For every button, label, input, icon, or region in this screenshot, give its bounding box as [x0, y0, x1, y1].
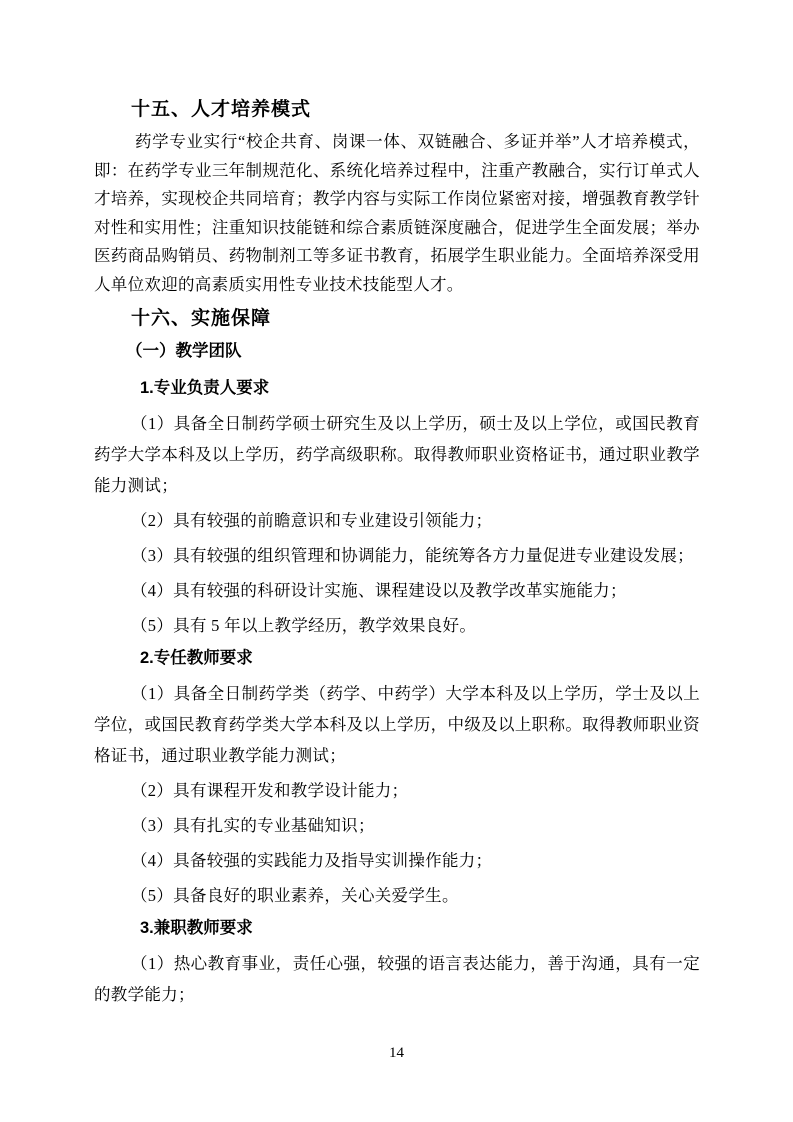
part-time-teacher-requirements-heading: 3.兼职教师要求: [94, 915, 700, 941]
team-leader-item-1: （1）具备全日制药学硕士研究生及以上学历，硕士及以上学位，或国民教育药学大学本科…: [94, 408, 700, 501]
team-leader-item-5: （5）具有 5 年以上教学经历，教学效果良好。: [94, 610, 700, 641]
page-number: 14: [0, 1043, 793, 1063]
team-leader-requirements-heading: 1.专业负责人要求: [94, 375, 700, 401]
section-16-heading: 十六、实施保障: [94, 306, 700, 332]
team-leader-item-2: （2）具有较强的前瞻意识和专业建设引领能力；: [94, 505, 700, 536]
team-leader-item-4: （4）具有较强的科研设计实施、课程建设以及教学改革实施能力；: [94, 575, 700, 606]
full-time-teacher-item-4: （4）具备较强的实践能力及指导实训操作能力；: [94, 845, 700, 876]
part-time-teacher-item-1: （1）热心教育事业，责任心强，较强的语言表达能力，善于沟通，具有一定的教学能力；: [94, 948, 700, 1010]
full-time-teacher-item-2: （2）具有课程开发和教学设计能力；: [94, 775, 700, 806]
teaching-team-subheading: （一）教学团队: [94, 338, 700, 364]
section-15-paragraph: 药学专业实行“校企共育、岗课一体、双链融合、多证并举”人才培养模式，即：在药学专…: [94, 128, 700, 299]
document-page: 十五、人才培养模式 药学专业实行“校企共育、岗课一体、双链融合、多证并举”人才培…: [0, 0, 793, 1122]
full-time-teacher-item-1: （1）具备全日制药学类（药学、中药学）大学本科及以上学历，学士及以上学位，或国民…: [94, 678, 700, 771]
team-leader-item-3: （3）具有较强的组织管理和协调能力，能统筹各方力量促进专业建设发展；: [94, 540, 700, 571]
full-time-teacher-item-5: （5）具备良好的职业素养，关心关爱学生。: [94, 880, 700, 911]
full-time-teacher-item-3: （3）具有扎实的专业基础知识；: [94, 810, 700, 841]
section-15-heading: 十五、人才培养模式: [94, 97, 700, 123]
full-time-teacher-requirements-heading: 2.专任教师要求: [94, 645, 700, 671]
